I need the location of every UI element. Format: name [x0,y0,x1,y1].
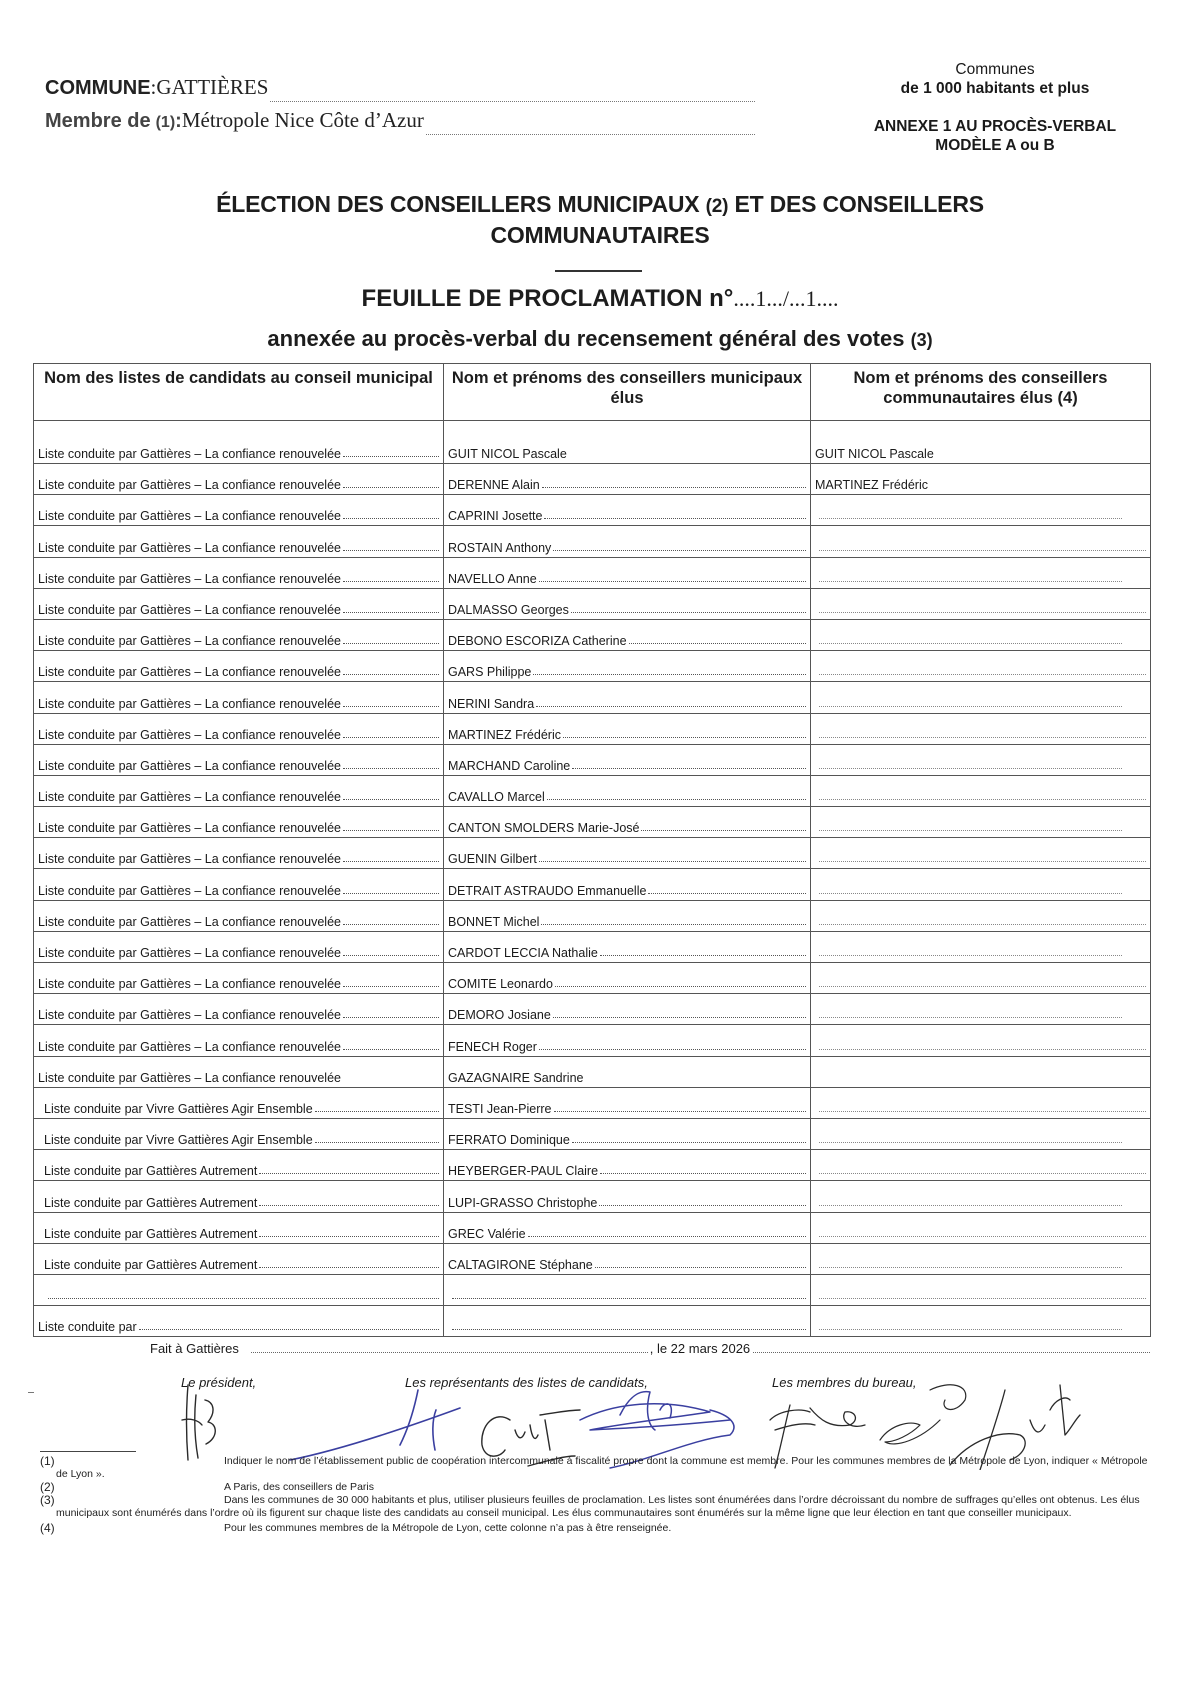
municipal-cell-content: COMITE Leonardo [448,977,806,993]
municipal-cell-content [448,1328,806,1336]
list-cell-content: Liste conduite par Gattières – La confia… [38,821,439,837]
dotted-leader [648,892,806,894]
municipal-text: ROSTAIN Anthony [448,541,551,555]
communautaire-cell-content [815,611,1146,619]
table-row: Liste conduite par Gattières – La confia… [34,588,1151,619]
cell-municipal: FENECH Roger [444,1025,811,1056]
municipal-cell-content: GAZAGNAIRE Sandrine [448,1071,806,1087]
table-row: Liste conduite par Gattières AutrementHE… [34,1150,1151,1181]
municipal-cell-content: CALTAGIRONE Stéphane [448,1258,806,1274]
communautaire-cell-content [815,705,1146,713]
dotted-leader [343,1016,439,1018]
communautaire-cell-content [815,1235,1146,1243]
municipal-text: CANTON SMOLDERS Marie-José [448,821,639,835]
communautaire-cell-content [815,1266,1146,1274]
footnote-number: (4) [40,1522,55,1535]
cell-municipal: DERENNE Alain [444,464,811,495]
list-cell-content: Liste conduite par [38,1320,439,1336]
communautaire-cell-content [815,1110,1146,1118]
representant-signature-1 [290,1390,460,1460]
dotted-leader [315,1141,439,1143]
municipal-cell-content: MARCHAND Caroline [448,759,806,775]
table-row: Liste conduite par [34,1306,1151,1337]
header-annexe-block: Communes de 1 000 habitants et plus ANNE… [830,60,1160,155]
cell-municipal: CANTON SMOLDERS Marie-José [444,807,811,838]
cell-list: Liste conduite par Gattières – La confia… [34,807,444,838]
cell-municipal: COMITE Leonardo [444,963,811,994]
communes-label: Communes [830,60,1160,79]
footnote-3: (3) Dans les communes de 30 000 habitant… [40,1494,1150,1520]
cell-municipal: DETRAIT ASTRAUDO Emmanuelle [444,869,811,900]
communautaire-cell-content [815,642,1146,650]
cell-communautaire [811,807,1151,838]
membre-line: Membre de (1) : Métropole Nice Côte d’Az… [45,108,755,141]
list-text: Liste conduite par [38,1320,137,1334]
list-text: Liste conduite par Gattières – La confia… [38,634,341,648]
fait-date: , le 22 mars 2026 [650,1341,750,1356]
list-text: Liste conduite par Gattières – La confia… [38,915,341,929]
communautaire-cell-content [815,923,1146,931]
municipal-text: HEYBERGER-PAUL Claire [448,1164,598,1178]
dotted-leader [819,705,1122,707]
membre-label: Membre de [45,110,151,133]
dotted-leader [259,1235,439,1237]
cell-communautaire [811,1243,1151,1274]
footnote-text: Pour les communes membres de la Métropol… [40,1522,1150,1535]
table-row: Liste conduite par Gattières – La confia… [34,619,1151,650]
municipal-cell-content [448,1297,806,1305]
list-text: Liste conduite par Gattières – La confia… [38,946,341,960]
cell-list: Liste conduite par Gattières – La confia… [34,775,444,806]
cell-list: Liste conduite par Gattières – La confia… [34,421,444,464]
cell-list: Liste conduite par Gattières – La confia… [34,838,444,869]
municipal-text: TESTI Jean-Pierre [448,1102,552,1116]
cell-communautaire [811,619,1151,650]
cell-municipal: FERRATO Dominique [444,1118,811,1149]
list-text: Liste conduite par Gattières Autrement [44,1164,257,1178]
communautaire-cell-content [815,736,1146,744]
municipal-text: CAPRINI Josette [448,509,542,523]
membre-separator: : [175,110,182,133]
list-cell-content: Liste conduite par Gattières – La confia… [38,697,439,713]
dotted-leader [533,673,806,675]
dotted-leader [553,549,806,551]
cell-communautaire [811,900,1151,931]
communautaire-cell-content [815,829,1146,837]
list-cell-content: Liste conduite par Gattières – La confia… [38,1008,439,1024]
dotted-leader [819,1048,1146,1050]
cell-communautaire [811,526,1151,557]
fait-a-label: Fait à Gattières [150,1341,239,1356]
list-cell-content: Liste conduite par Gattières – La confia… [38,1071,439,1087]
title-divider [555,270,642,272]
dotted-leader [343,580,439,582]
list-text: Liste conduite par Gattières – La confia… [38,1008,341,1022]
commune-value: GATTIÈRES [156,75,268,100]
table-row: Liste conduite par Gattières – La confia… [34,713,1151,744]
annexee-footnote-ref: (3) [911,330,933,350]
list-text: Liste conduite par Gattières – La confia… [38,728,341,742]
list-cell-content: Liste conduite par Gattières – La confia… [38,790,439,806]
cell-communautaire [811,1181,1151,1212]
table-row: Liste conduite par Gattières – La confia… [34,744,1151,775]
list-cell-content: Liste conduite par Gattières – La confia… [38,634,439,650]
cell-list: Liste conduite par Gattières – La confia… [34,744,444,775]
dotted-leader [528,1235,806,1237]
cell-municipal: CAVALLO Marcel [444,775,811,806]
dotted-leader [819,673,1146,675]
municipal-text: DERENNE Alain [448,478,540,492]
municipal-cell-content: MARTINEZ Frédéric [448,728,806,744]
municipal-cell-content: CAPRINI Josette [448,509,806,525]
municipal-cell-content: GARS Philippe [448,665,806,681]
footnotes: (1) Indiquer le nom de l’établissement p… [40,1455,1150,1535]
cell-communautaire: MARTINEZ Frédéric [811,464,1151,495]
cell-municipal: ROSTAIN Anthony [444,526,811,557]
municipal-text: BONNET Michel [448,915,539,929]
table-row: Liste conduite par Gattières – La confia… [34,900,1151,931]
dotted-leader [819,611,1146,613]
footnote-1: (1) Indiquer le nom de l’établissement p… [40,1455,1150,1481]
municipal-text: FENECH Roger [448,1040,537,1054]
dotted-leader [572,767,806,769]
table-row: Liste conduite par Gattières – La confia… [34,869,1151,900]
list-text: Liste conduite par Gattières Autrement [44,1258,257,1272]
membre-signature-2 [880,1385,966,1444]
dotted-leader [541,923,806,925]
cell-communautaire [811,557,1151,588]
table-row: Liste conduite par Gattières AutrementCA… [34,1243,1151,1274]
table-row: Liste conduite par Gattières – La confia… [34,775,1151,806]
cell-municipal: MARCHAND Caroline [444,744,811,775]
cell-municipal: NAVELLO Anne [444,557,811,588]
dotted-leader [554,1110,806,1112]
fait-a-dots [251,1351,648,1353]
dotted-leader [819,549,1146,551]
cell-municipal [444,1306,811,1337]
commune-label: COMMUNE [45,77,151,100]
dotted-leader [259,1172,439,1174]
dotted-leader [539,580,806,582]
dotted-leader [819,1141,1122,1143]
municipal-cell-content: FENECH Roger [448,1040,806,1056]
table-row: Liste conduite par Gattières AutrementGR… [34,1212,1151,1243]
cell-municipal: DALMASSO Georges [444,588,811,619]
list-text: Liste conduite par Gattières – La confia… [38,541,341,555]
cell-communautaire [811,1025,1151,1056]
list-text: Liste conduite par Gattières Autrement [44,1196,257,1210]
cell-communautaire [811,651,1151,682]
dotted-leader [343,736,439,738]
list-cell-content [38,1297,439,1305]
communautaire-cell-content [815,954,1146,962]
municipal-cell-content: NAVELLO Anne [448,572,806,588]
cell-communautaire [811,1150,1151,1181]
municipal-cell-content: HEYBERGER-PAUL Claire [448,1164,806,1180]
dotted-leader [343,954,439,956]
annexee-subtitle: annexée au procès-verbal du recensement … [0,326,1200,352]
footnote-number: (3) [40,1494,55,1507]
footnote-text: Dans les communes de 30 000 habitants et… [40,1494,1150,1520]
cell-communautaire [811,713,1151,744]
header-communautaires: Nom et prénoms des conseillers communaut… [811,364,1151,421]
dotted-leader [819,1297,1146,1299]
cell-communautaire [811,682,1151,713]
table-row: Liste conduite par Gattières – La confia… [34,1025,1151,1056]
cell-communautaire [811,994,1151,1025]
dotted-leader [563,736,806,738]
cell-list: Liste conduite par Gattières – La confia… [34,931,444,962]
dotted-leader [629,642,806,644]
cell-list: Liste conduite par Vivre Gattières Agir … [34,1087,444,1118]
list-text: Liste conduite par Gattières – La confia… [38,884,341,898]
cell-municipal [444,1274,811,1305]
table-row: Liste conduite par Gattières – La confia… [34,495,1151,526]
list-cell-content: Liste conduite par Gattières – La confia… [38,1040,439,1056]
dotted-leader [819,892,1122,894]
communautaire-text: MARTINEZ Frédéric [815,478,928,492]
footnote-divider [40,1451,136,1452]
list-cell-content: Liste conduite par Gattières – La confia… [38,759,439,775]
header-municipaux: Nom et prénoms des conseillers municipau… [444,364,811,421]
municipal-text: GUIT NICOL Pascale [448,447,567,461]
communautaire-cell-content [815,985,1146,993]
commune-line: COMMUNE : GATTIÈRES [45,75,755,108]
list-cell-content: Liste conduite par Gattières Autrement [38,1196,439,1212]
cell-communautaire [811,1306,1151,1337]
communautaire-cell-content [815,1048,1146,1056]
cell-list: Liste conduite par Gattières Autrement [34,1181,444,1212]
footnote-text: A Paris, des conseillers de Paris [40,1481,1150,1494]
cell-communautaire [811,869,1151,900]
cell-communautaire: GUIT NICOL Pascale [811,421,1151,464]
list-text: Liste conduite par Gattières – La confia… [38,790,341,804]
cell-list: Liste conduite par Gattières – La confia… [34,1025,444,1056]
dotted-leader [819,923,1146,925]
cell-list: Liste conduite par Gattières Autrement [34,1243,444,1274]
municipal-cell-content: DALMASSO Georges [448,603,806,619]
cell-list: Liste conduite par Gattières – La confia… [34,619,444,650]
dotted-leader [343,985,439,987]
dotted-leader [343,642,439,644]
municipal-text: DEMORO Josiane [448,1008,551,1022]
annexe-label: ANNEXE 1 AU PROCÈS-VERBAL [830,117,1160,136]
dotted-leader [595,1266,806,1268]
list-cell-content: Liste conduite par Gattières – La confia… [38,478,439,494]
cell-list: Liste conduite par Gattières Autrement [34,1212,444,1243]
cell-municipal: DEBONO ESCORIZA Catherine [444,619,811,650]
proclamation-table: Nom des listes de candidats au conseil m… [33,363,1151,1337]
cell-communautaire [811,1212,1151,1243]
proclamation-label: FEUILLE DE PROCLAMATION n° [362,285,734,312]
cell-municipal: GUENIN Gilbert [444,838,811,869]
cell-list: Liste conduite par Gattières – La confia… [34,682,444,713]
cell-municipal: TESTI Jean-Pierre [444,1087,811,1118]
table-row: Liste conduite par Gattières – La confia… [34,1056,1151,1087]
communautaire-cell-content [815,673,1146,681]
municipal-text: NAVELLO Anne [448,572,537,586]
communautaire-cell-content [815,798,1146,806]
cell-municipal: MARTINEZ Frédéric [444,713,811,744]
cell-municipal: DEMORO Josiane [444,994,811,1025]
dotted-leader [343,517,439,519]
municipal-cell-content: BONNET Michel [448,915,806,931]
dotted-leader [819,642,1122,644]
communautaire-cell-content [815,1297,1146,1305]
dotted-leader [343,705,439,707]
dotted-leader [48,1297,439,1299]
fait-a-line: Fait à Gattières , le 22 mars 2026 [150,1341,1150,1356]
cell-list: Liste conduite par [34,1306,444,1337]
dotted-leader [343,486,439,488]
municipal-text: CARDOT LECCIA Nathalie [448,946,598,960]
proclamation-number: ....1.../...1.... [733,286,838,311]
list-text: Liste conduite par Gattières – La confia… [38,665,341,679]
cell-list: Liste conduite par Gattières – La confia… [34,869,444,900]
cell-communautaire [811,1274,1151,1305]
dotted-leader [819,736,1146,738]
table-row: Liste conduite par Gattières – La confia… [34,526,1151,557]
proclamation-heading: FEUILLE DE PROCLAMATION n°....1.../...1.… [0,285,1200,313]
dotted-leader [819,1172,1146,1174]
municipal-text: DEBONO ESCORIZA Catherine [448,634,627,648]
dotted-leader [819,860,1146,862]
dotted-leader [641,829,806,831]
cell-list: Liste conduite par Gattières – La confia… [34,963,444,994]
dotted-leader [452,1297,806,1299]
dotted-leader [572,1141,806,1143]
communautaire-cell-content [815,767,1146,775]
list-cell-content: Liste conduite par Gattières Autrement [38,1258,439,1274]
municipal-text: GUENIN Gilbert [448,852,537,866]
communautaire-cell-content [815,1204,1146,1212]
dotted-leader [315,1110,439,1112]
cell-municipal: GAZAGNAIRE Sandrine [444,1056,811,1087]
municipal-text: MARTINEZ Frédéric [448,728,561,742]
list-text: Liste conduite par Gattières Autrement [44,1227,257,1241]
cell-list: Liste conduite par Gattières – La confia… [34,900,444,931]
cell-list: Liste conduite par Gattières – La confia… [34,713,444,744]
municipal-cell-content: CANTON SMOLDERS Marie-José [448,821,806,837]
communes-size-label: de 1 000 habitants et plus [830,79,1160,98]
list-cell-content: Liste conduite par Gattières – La confia… [38,665,439,681]
table-row: Liste conduite par Vivre Gattières Agir … [34,1118,1151,1149]
municipal-cell-content: ROSTAIN Anthony [448,541,806,557]
cell-communautaire [811,838,1151,869]
list-text: Liste conduite par Gattières – La confia… [38,759,341,773]
dotted-leader [819,1110,1146,1112]
list-cell-content: Liste conduite par Gattières – La confia… [38,509,439,525]
cell-list: Liste conduite par Gattières – La confia… [34,495,444,526]
municipal-text: DETRAIT ASTRAUDO Emmanuelle [448,884,646,898]
municipal-cell-content: GUIT NICOL Pascale [448,447,806,463]
footnote-number: (1) [40,1455,55,1468]
list-text: Liste conduite par Gattières – La confia… [38,478,341,492]
list-text: Liste conduite par Gattières – La confia… [38,572,341,586]
list-text: Liste conduite par Gattières – La confia… [38,821,341,835]
dotted-leader [542,486,806,488]
dotted-leader [544,517,806,519]
dotted-leader [343,798,439,800]
cell-list: Liste conduite par Gattières – La confia… [34,526,444,557]
dotted-leader [819,767,1122,769]
table-row: Liste conduite par Gattières – La confia… [34,651,1151,682]
list-text: Liste conduite par Gattières – La confia… [38,509,341,523]
list-text: Liste conduite par Gattières – La confia… [38,603,341,617]
list-cell-content: Liste conduite par Gattières – La confia… [38,447,439,463]
municipal-cell-content: DETRAIT ASTRAUDO Emmanuelle [448,884,806,900]
modele-label: MODÈLE A ou B [830,136,1160,155]
dotted-leader [343,767,439,769]
margin-mark [28,1392,34,1393]
dotted-leader [259,1204,439,1206]
table-row: Liste conduite par Gattières – La confia… [34,931,1151,962]
cell-municipal: CAPRINI Josette [444,495,811,526]
list-cell-content: Liste conduite par Gattières – La confia… [38,728,439,744]
dotted-leader [452,1328,806,1330]
membre-footnote-ref: (1) [156,114,176,132]
dotted-leader [343,673,439,675]
cell-communautaire [811,931,1151,962]
cell-list: Liste conduite par Gattières – La confia… [34,464,444,495]
cell-municipal: CALTAGIRONE Stéphane [444,1243,811,1274]
municipal-cell-content: CAVALLO Marcel [448,790,806,806]
communautaire-cell-content [815,1016,1146,1024]
municipal-cell-content: GREC Valérie [448,1227,806,1243]
list-text: Liste conduite par Gattières – La confia… [38,852,341,866]
communautaire-cell-content [815,549,1146,557]
municipal-cell-content: DEBONO ESCORIZA Catherine [448,634,806,650]
communautaire-cell-content [815,892,1146,900]
date-dots [753,1351,1150,1353]
table-row [34,1274,1151,1305]
table-row: Liste conduite par Gattières – La confia… [34,464,1151,495]
communautaire-cell-content [815,580,1146,588]
membre-value: Métropole Nice Côte d’Azur [182,108,424,133]
communautaire-cell-content [815,1172,1146,1180]
footnote-2: (2) A Paris, des conseillers de Paris [40,1481,1150,1494]
dotted-leader [536,705,806,707]
list-cell-content: Liste conduite par Vivre Gattières Agir … [38,1133,439,1149]
dotted-leader [819,580,1122,582]
dotted-leader [539,860,806,862]
cell-list: Liste conduite par Gattières Autrement [34,1150,444,1181]
dotted-leader [571,611,806,613]
municipal-cell-content: TESTI Jean-Pierre [448,1102,806,1118]
footnote-text: Indiquer le nom de l’établissement publi… [40,1455,1150,1481]
municipal-text: CAVALLO Marcel [448,790,545,804]
dotted-leader [819,517,1122,519]
list-cell-content: Liste conduite par Gattières – La confia… [38,884,439,900]
municipal-text: DALMASSO Georges [448,603,569,617]
list-text: Liste conduite par Vivre Gattières Agir … [44,1133,313,1147]
dotted-leader [343,829,439,831]
municipal-cell-content: CARDOT LECCIA Nathalie [448,946,806,962]
table-row: Liste conduite par Gattières – La confia… [34,838,1151,869]
dotted-leader [343,455,439,457]
municipal-cell-content: NERINI Sandra [448,697,806,713]
cell-communautaire [811,495,1151,526]
cell-list: Liste conduite par Gattières – La confia… [34,557,444,588]
cell-communautaire [811,1056,1151,1087]
table-row: Liste conduite par Gattières – La confia… [34,421,1151,464]
list-cell-content: Liste conduite par Gattières – La confia… [38,603,439,619]
dotted-leader [600,1172,806,1174]
municipal-cell-content: FERRATO Dominique [448,1133,806,1149]
president-signature [182,1385,215,1460]
membre-dotted-line [426,133,755,135]
title-footnote-ref: (2) [706,196,729,217]
